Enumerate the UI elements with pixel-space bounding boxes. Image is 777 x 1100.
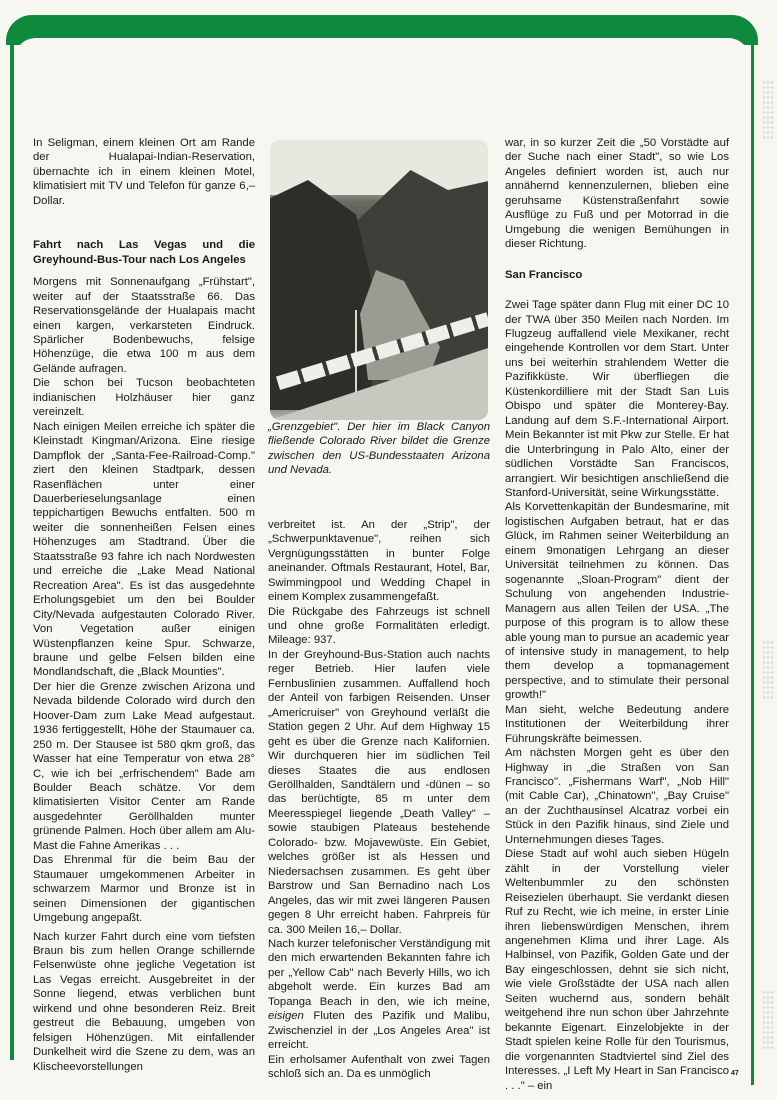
paragraph: Die schon bei Tucson beobachteten indian… xyxy=(33,376,255,419)
article-column-3: war, in so kurzer Zeit die „50 Vorstädte… xyxy=(505,136,729,1093)
emphasis: eisigen xyxy=(268,1010,304,1022)
paragraph: Nach kurzer telefonischer Verständigung … xyxy=(268,937,490,1053)
section-heading-las-vegas: Fahrt nach Las Vegas und die Greyhound-B… xyxy=(33,238,255,267)
intro-paragraph: war, in so kurzer Zeit die „50 Vorstädte… xyxy=(505,136,729,252)
scan-noise xyxy=(762,80,774,140)
scan-noise xyxy=(762,640,774,700)
paragraph: verbreitet ist. An der „Strip", der „Sch… xyxy=(268,518,490,605)
paragraph: Nach einigen Meilen erreiche ich später … xyxy=(33,420,255,680)
paragraph: Ein erholsamer Aufenthalt von zwei Tagen… xyxy=(268,1053,490,1082)
scan-noise xyxy=(762,990,774,1050)
paragraph: Nach kurzer Fahrt durch eine vom tiefste… xyxy=(33,930,255,1075)
paragraph: Als Korvettenkapitän der Bundesmarine, m… xyxy=(505,500,729,702)
paragraph: Der hier die Grenze zwischen Arizona und… xyxy=(33,680,255,853)
section-heading-san-francisco: San Francisco xyxy=(505,268,729,282)
paragraph: Am nächsten Morgen geht es über den High… xyxy=(505,746,729,847)
photo-caption: „Grenzgebiet". Der hier im Black Canyon … xyxy=(268,420,490,478)
article-column-2: „Grenzgebiet". Der hier im Black Canyon … xyxy=(268,136,490,1081)
page-number: 47 xyxy=(731,1070,739,1077)
paragraph: Man sieht, welche Bedeutung andere Insti… xyxy=(505,703,729,746)
paragraph: Diese Stadt auf wohl auch sieben Hügeln … xyxy=(505,847,729,1093)
paragraph: Zwei Tage später dann Flug mit einer DC … xyxy=(505,298,729,500)
photo-black-canyon xyxy=(270,140,488,420)
paragraph: Die Rückgabe des Fahrzeugs ist schnell u… xyxy=(268,605,490,648)
paragraph: Morgens mit Sonnenaufgang „Frühstart", w… xyxy=(33,275,255,376)
article-column-1: In Seligman, einem kleinen Ort am Rande … xyxy=(33,136,255,1074)
paragraph: Das Ehrenmal für die beim Bau der Stauma… xyxy=(33,853,255,925)
paragraph: In der Greyhound-Bus-Station auch nachts… xyxy=(268,648,490,937)
intro-paragraph: In Seligman, einem kleinen Ort am Rande … xyxy=(33,136,255,208)
green-frame-right xyxy=(751,30,754,1085)
green-frame-left xyxy=(10,30,14,1060)
frame-inner-mask xyxy=(14,38,750,68)
